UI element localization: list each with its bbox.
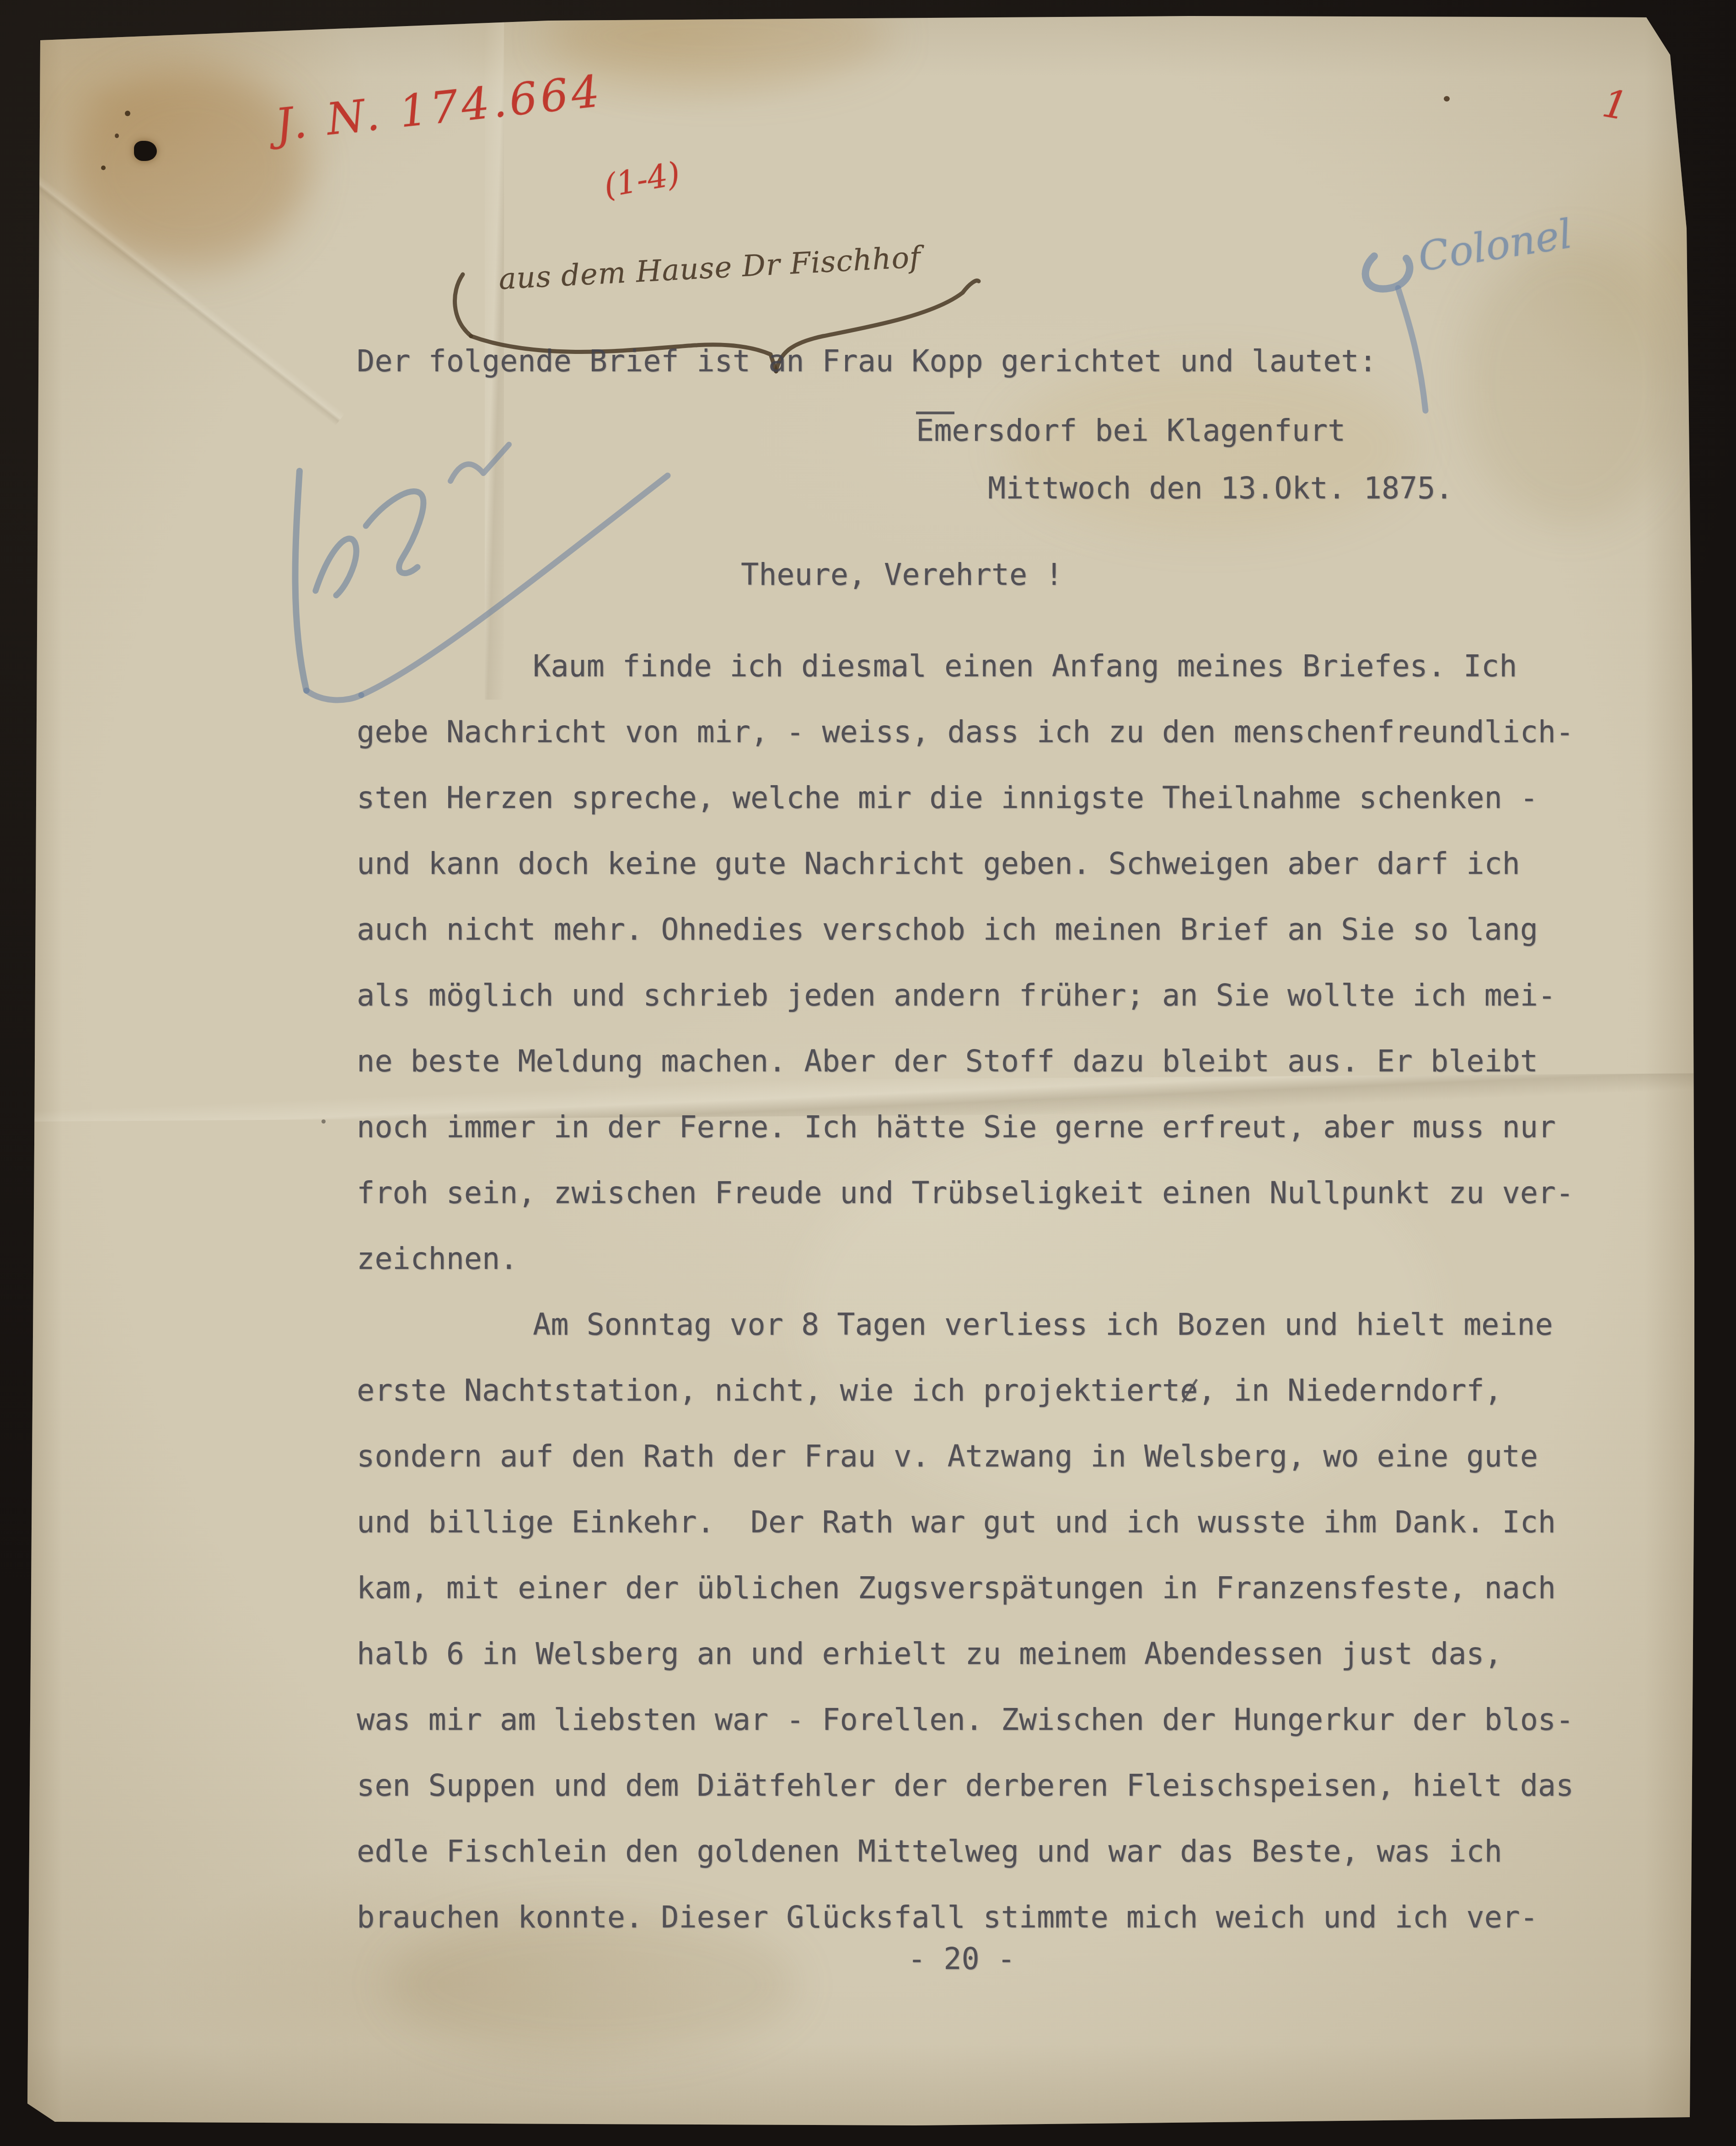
stain xyxy=(1461,242,1681,526)
scan-background: J. N. 174.664 (1-4) 1 aus dem Hause Dr F… xyxy=(0,0,1736,2146)
typed-segment: , in Niederndorf, xyxy=(1198,1374,1502,1408)
paper-sheet: J. N. 174.664 (1-4) 1 aus dem Hause Dr F… xyxy=(21,14,1694,2129)
typed-line-with-strikeout: erste Nachtstation, nicht, wie ich proje… xyxy=(357,1376,1502,1406)
typed-line: edle Fischlein den goldenen Mittelweg un… xyxy=(357,1837,1502,1867)
accession-suffix-red: (1-4) xyxy=(601,155,683,205)
pinhole xyxy=(101,166,106,170)
typed-line: gebe Nachricht von mir, - weiss, dass ic… xyxy=(357,717,1574,747)
typed-line: zeichnen. xyxy=(357,1244,518,1274)
typed-line: und kann doch keine gute Nachricht geben… xyxy=(357,849,1520,879)
typed-line: kam, mit einer der üblichen Zugsverspätu… xyxy=(357,1573,1556,1603)
typed-line: sten Herzen spreche, welche mir die inni… xyxy=(357,783,1538,813)
stain xyxy=(71,69,309,270)
typed-line: was mir am liebsten war - Forellen. Zwis… xyxy=(357,1705,1574,1735)
typed-place-line: Emersdorf bei Klagenfurt xyxy=(916,416,1345,446)
typed-line: sen Suppen und dem Diätfehler der derber… xyxy=(357,1771,1574,1801)
typed-segment: erste Nachtstation, nicht, wie ich proje… xyxy=(357,1374,1180,1408)
paper-hole xyxy=(134,141,157,161)
typed-line: ne beste Meldung machen. Aber der Stoff … xyxy=(357,1047,1538,1076)
typed-line: halb 6 in Welsberg an und erhielt zu mei… xyxy=(357,1639,1502,1669)
typed-line: Kaum finde ich diesmal einen Anfang mein… xyxy=(533,652,1517,681)
typed-date-line: Mittwoch den 13.Okt. 1875. xyxy=(988,474,1453,503)
insertion-note-handwritten: aus dem Hause Dr Fischhof xyxy=(498,241,922,296)
pinhole xyxy=(115,134,119,138)
blue-scrawl-stroke xyxy=(366,492,423,573)
typed-line: brauchen konnte. Dieser Glücksfall stimm… xyxy=(357,1903,1538,1932)
blue-scrawl-stroke xyxy=(306,690,361,700)
typed-intro-line: Der folgende Brief ist an Frau Kopp geri… xyxy=(357,347,1377,376)
margin-dot xyxy=(321,1119,326,1124)
ink-speck xyxy=(1444,96,1450,102)
accession-number-red: J. N. 174.664 xyxy=(273,65,605,151)
insertion-underline-stroke xyxy=(455,274,471,336)
typed-line: froh sein, zwischen Freude und Trübselig… xyxy=(357,1178,1574,1208)
typed-line: als möglich und schrieb jeden andern frü… xyxy=(357,981,1556,1011)
pinhole xyxy=(125,111,130,116)
page-number: - 20 - xyxy=(908,1944,1015,1974)
struck-character: e xyxy=(1180,1376,1198,1406)
typed-line: sondern auf den Rath der Frau v. Atzwang… xyxy=(357,1442,1538,1472)
typed-line: Am Sonntag vor 8 Tagen verliess ich Boze… xyxy=(533,1310,1553,1340)
blue-scrawl-stroke xyxy=(316,539,356,595)
typed-salutation: Theure, Verehrte ! xyxy=(741,560,1063,590)
blue-scrawl-tick xyxy=(450,444,509,481)
blue-flourish-tail xyxy=(1398,288,1425,411)
typed-line: und billige Einkehr. Der Rath war gut un… xyxy=(357,1508,1556,1537)
stain xyxy=(1004,361,1415,535)
folio-number-red: 1 xyxy=(1599,80,1631,129)
typed-line: auch nicht mehr. Ohnedies verschob ich m… xyxy=(357,915,1538,945)
typed-line: noch immer in der Ferne. Ich hätte Sie g… xyxy=(357,1113,1556,1142)
blue-flourish-stroke xyxy=(1366,256,1410,289)
blue-scrawl-stroke xyxy=(295,471,306,690)
